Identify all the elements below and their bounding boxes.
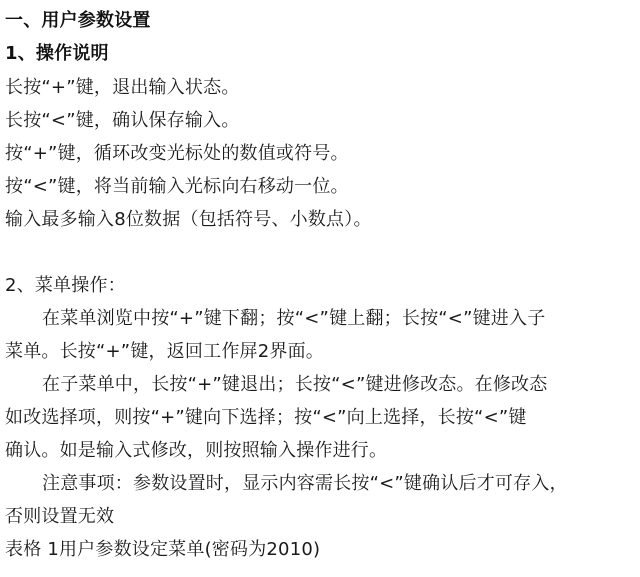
section1-line: 按“+”键，循环改变光标处的数值或符号。 (5, 142, 349, 166)
submenu-paragraph-line: 如改选择项，则按“+”键向下选择；按“<”向上选择，长按“<”键 (5, 406, 527, 430)
menu-browse-paragraph-line: 菜单。长按“+”键，返回工作屏2界面。 (5, 340, 324, 364)
section2-heading: 2、菜单操作： (5, 274, 126, 298)
submenu-paragraph-line: 确认。如是输入式修改，则按照输入操作进行。 (5, 439, 387, 463)
menu-browse-paragraph-line: 在菜单浏览中按“+”键下翻；按“<”键上翻；长按“<”键进入子 (42, 307, 545, 331)
note-paragraph-line: 否则设置无效 (5, 505, 114, 529)
section1-line: 长按“+”键，退出输入状态。 (5, 76, 240, 100)
document-title: 一、用户参数设置 (5, 9, 151, 33)
table-caption: 表格 1用户参数设定菜单(密码为2010) (5, 538, 320, 562)
note-paragraph-line: 注意事项：参数设置时，显示内容需长按“<”键确认后才可存入， (42, 472, 568, 496)
section1-line: 按“<”键，将当前输入光标向右移动一位。 (5, 175, 349, 199)
section1-line: 输入最多输入8位数据（包括符号、小数点）。 (5, 208, 372, 232)
section1-heading: 1、操作说明 (5, 42, 109, 66)
section1-line: 长按“<”键，确认保存输入。 (5, 109, 240, 133)
submenu-paragraph-line: 在子菜单中，长按“+”键退出；长按“<”键进修改态。在修改态 (42, 373, 547, 397)
